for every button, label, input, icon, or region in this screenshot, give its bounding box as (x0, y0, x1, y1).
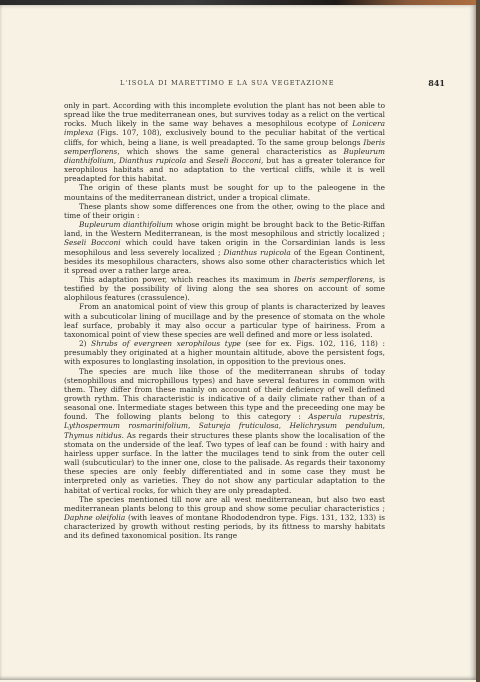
page-number: 841 (428, 78, 445, 88)
body-text: only in part. According with this incomp… (64, 101, 385, 541)
paragraph: only in part. According with this incomp… (64, 101, 385, 183)
paragraph: This adaptation power, which reaches its… (64, 275, 385, 302)
species-name: Seseli Bocconi (64, 238, 121, 247)
species-name: Daphne oleifolia (64, 513, 125, 522)
species-name: Lythospermum rosmarinifolium (64, 421, 188, 430)
species-name: Iberis semperflorens (64, 138, 385, 156)
species-name: Asperula rupestris (308, 412, 382, 421)
paragraph: The species are much like those of the m… (64, 367, 385, 495)
species-name: Dianthus rupicola (119, 156, 186, 165)
species-name: Iberis semperflorens (294, 275, 373, 284)
paragraph: 2) Shrubs of evergreen xerophilous type … (64, 339, 385, 366)
species-name: Lonicera implexa (64, 119, 385, 137)
paragraph: The origin of these plants must be sough… (64, 183, 385, 201)
species-name: Shrubs of evergreen xerophilous type (91, 339, 241, 348)
paragraph: Bupleurum dianthifolium whose origin mig… (64, 220, 385, 275)
running-title: L'isola di Marettimo e la sua vegetazion… (120, 79, 335, 87)
species-name: Seseli Bocconi (206, 156, 261, 165)
page-edge-shadow (476, 0, 480, 682)
paragraph: The species mentioned till now are all w… (64, 495, 385, 541)
book-page: L'isola di Marettimo e la sua vegetazion… (0, 5, 476, 680)
paragraph: From an anatomical point of view this gr… (64, 302, 385, 339)
species-name: Thymus nitidus (64, 431, 122, 440)
species-name: Bupleurum dianthifolium (79, 220, 173, 229)
species-name: Satureja fruticulosa (199, 421, 279, 430)
running-header: L'isola di Marettimo e la sua vegetazion… (120, 79, 445, 91)
paragraph: These plants show some differences one f… (64, 202, 385, 220)
species-name: Helichrysum pendulum (290, 421, 383, 430)
species-name: Dianthus rupicola (224, 248, 291, 257)
